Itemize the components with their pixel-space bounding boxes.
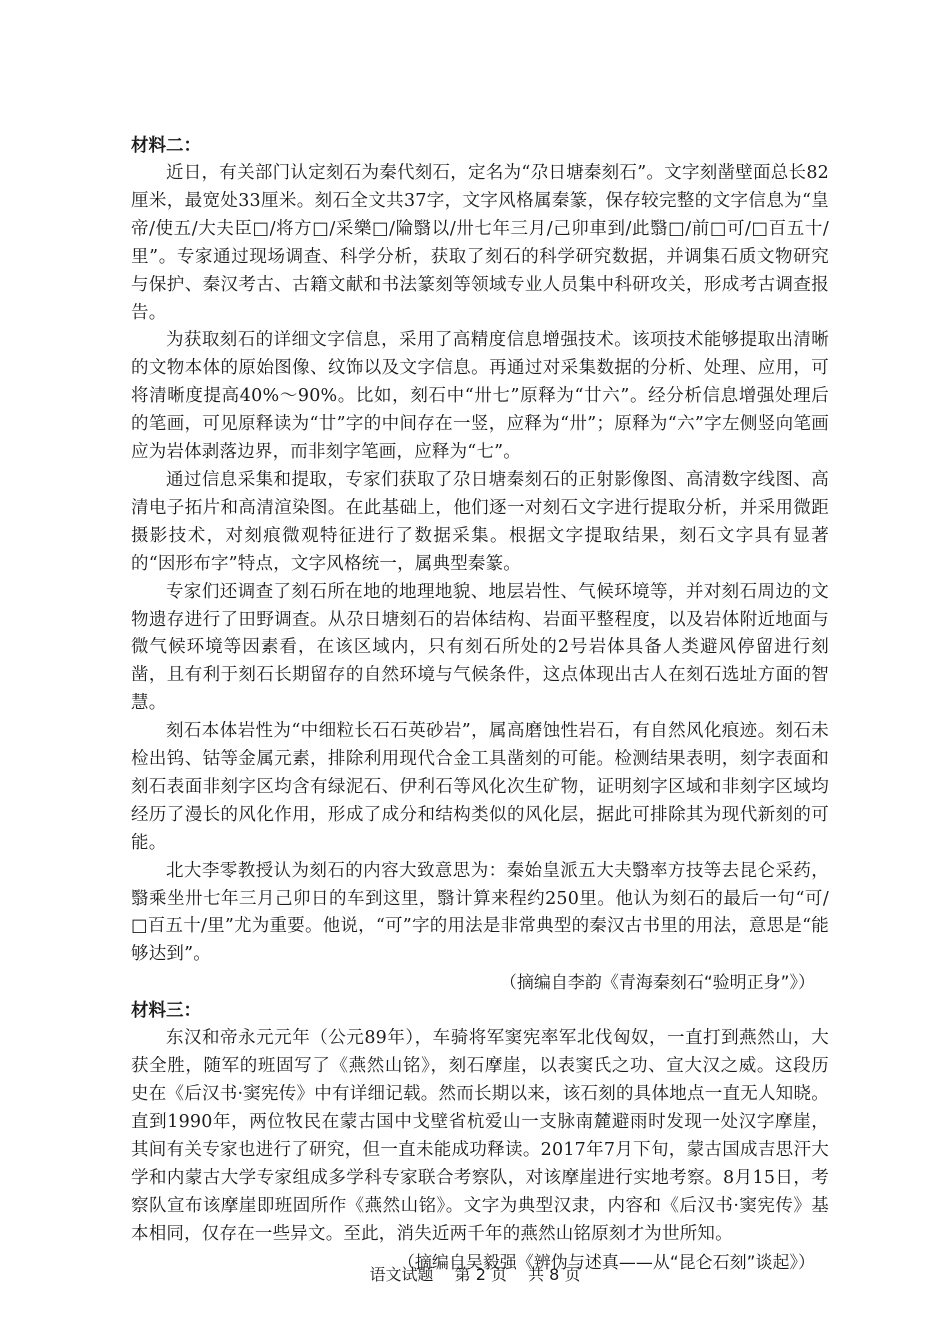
material-2-paragraph-2: 为获取刻石的详细文字信息，采用了高精度信息增强技术。该项技术能够提取出清晰的文物… — [131, 327, 829, 467]
page-footer: 语文试题 第 2 页 共 8 页 — [0, 1262, 950, 1285]
footer-page-number: 第 2 页 — [455, 1265, 507, 1284]
material-2-paragraph-5: 刻石本体岩性为“中细粒长石石英砂岩”，属高磨蚀性岩石，有自然风化痕迹。刻石未检出… — [131, 718, 829, 858]
material-2-heading: 材料二： — [131, 132, 829, 160]
footer-subject: 语文试题 — [370, 1265, 434, 1284]
material-2-paragraph-3: 通过信息采集和提取，专家们获取了尕日塘秦刻石的正射影像图、高清数字线图、高清电子… — [131, 467, 829, 579]
material-2-paragraph-6: 北大李零教授认为刻石的内容大致意思为：秦始皇派五大夫翳率方技等去昆仑采药，翳乘坐… — [131, 858, 829, 970]
footer-total-pages: 共 8 页 — [528, 1265, 580, 1284]
material-2-paragraph-1: 近日，有关部门认定刻石为秦代刻石，定名为“尕日塘秦刻石”。文字刻凿壁面总长82厘… — [131, 160, 829, 327]
material-3-heading: 材料三： — [131, 997, 829, 1025]
exam-page-body: 材料二： 近日，有关部门认定刻石为秦代刻石，定名为“尕日塘秦刻石”。文字刻凿壁面… — [131, 132, 829, 1277]
material-3-paragraph-1: 东汉和帝永元元年（公元89年），车骑将军窦宪率军北伐匈奴，一直打到燕然山，大获全… — [131, 1025, 829, 1248]
material-2-source: （摘编自李韵《青海秦刻石“验明正身”》） — [131, 969, 829, 997]
material-2-paragraph-4: 专家们还调查了刻石所在地的地理地貌、地层岩性、气候环境等，并对刻石周边的文物遗存… — [131, 579, 829, 719]
